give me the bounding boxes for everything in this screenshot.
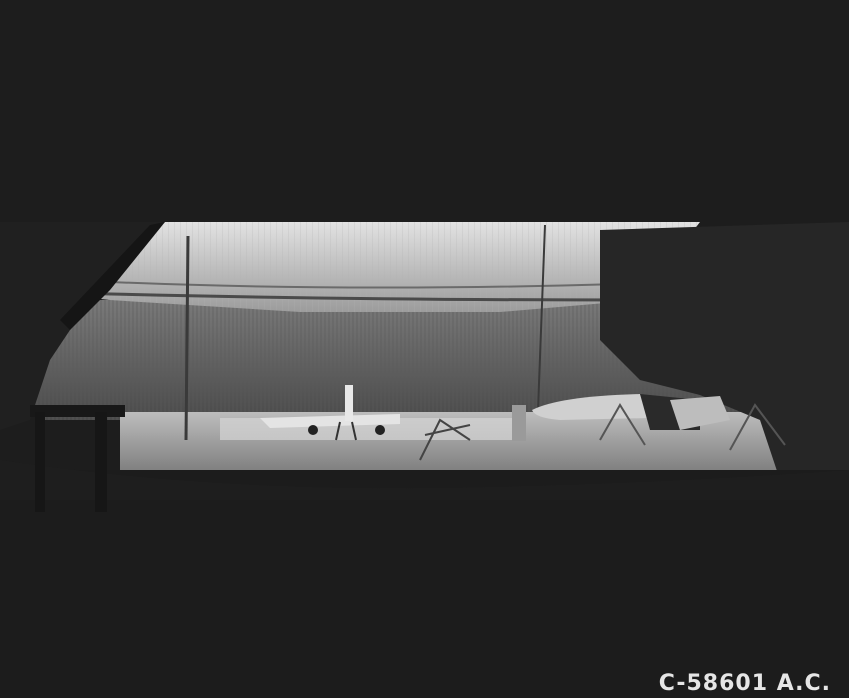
worker-figure xyxy=(512,405,526,441)
shelter-floor xyxy=(0,470,849,698)
pole xyxy=(186,236,188,440)
scene-illustration xyxy=(0,0,849,698)
photograph: C-58601 A.C. xyxy=(0,0,849,698)
photo-caption: C-58601 A.C. xyxy=(659,670,831,698)
